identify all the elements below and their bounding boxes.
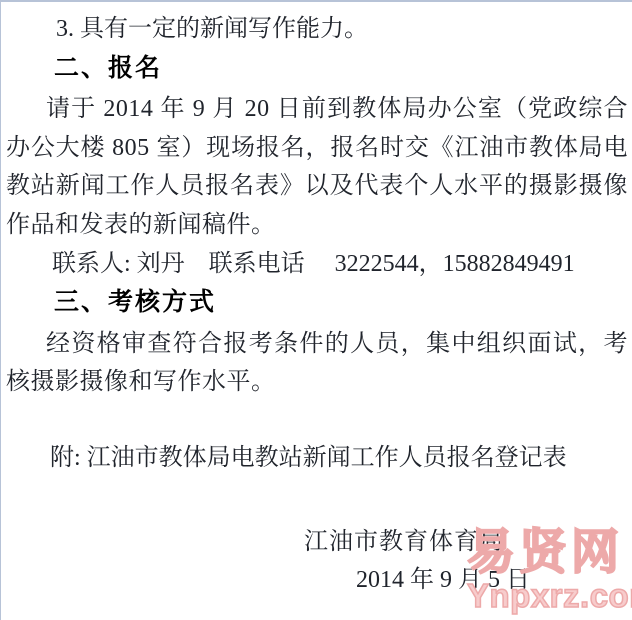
paragraph-registration: 请于 2014 年 9 月 20 日前到教体局办公室（党政综合办公大楼 805 … xyxy=(6,90,628,244)
contact-line: 联系人: 刘丹 联系电话 3222544，15882849491 xyxy=(6,245,628,284)
attachment-line: 附: 江油市教体局电教站新闻工作人员报名登记表 xyxy=(6,439,628,478)
document-page: 3. 具有一定的新闻写作能力。 二、报名 请于 2014 年 9 月 20 日前… xyxy=(0,0,632,620)
paragraph-assessment: 经资格审查符合报考条件的人员，集中组织面试，考核摄影摄像和写作水平。 xyxy=(6,325,628,402)
signature-org: 江油市教育体育局 xyxy=(6,523,628,562)
list-item-3: 3. 具有一定的新闻写作能力。 xyxy=(6,10,628,49)
signature-date: 2014 年 9 月 5 日 xyxy=(6,561,628,600)
section-heading-assessment: 三、考核方式 xyxy=(6,283,628,322)
section-heading-signup: 二、报名 xyxy=(6,49,628,88)
